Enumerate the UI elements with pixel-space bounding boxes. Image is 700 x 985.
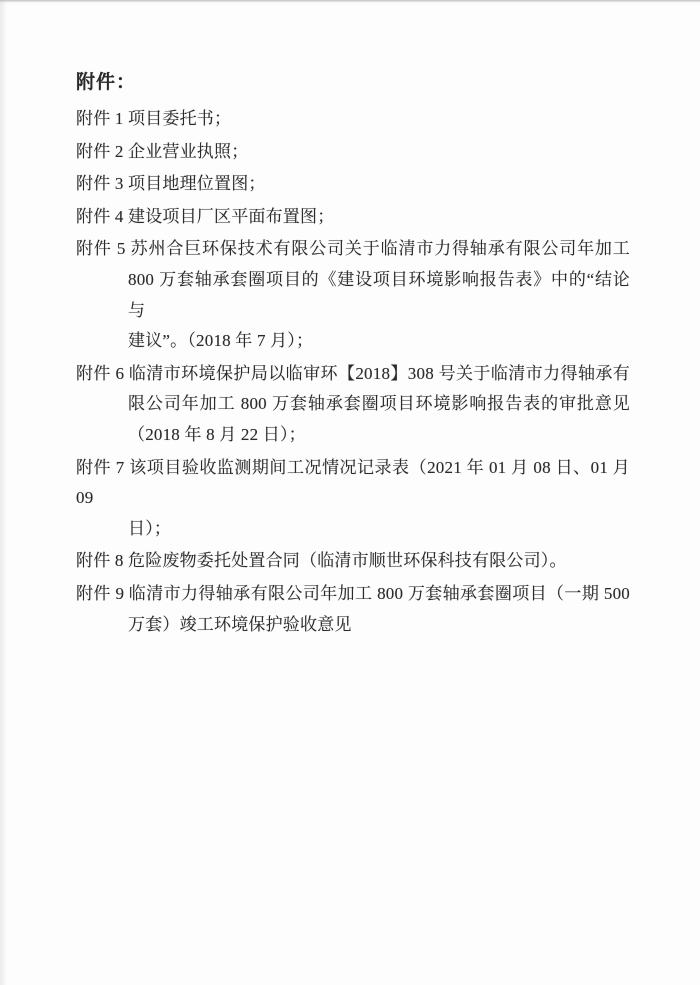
attachment-item-7: 附件 7 该项目验收监测期间工况情况记录表（2021 年 01 月 08 日、0… bbox=[76, 453, 630, 545]
attachment-line: 附件 6 临清市环境保护局以临审环【2018】308 号关于临清市力得轴承有 bbox=[76, 359, 630, 390]
attachment-line: 日）； bbox=[76, 514, 630, 545]
attachment-line: 万套）竣工环境保护验收意见 bbox=[76, 610, 630, 641]
attachment-line: 建议”。（2018 年 7 月）； bbox=[76, 326, 630, 357]
attachment-line: 附件 8 危险废物委托处置合同（临清市顺世环保科技有限公司）。 bbox=[76, 546, 630, 577]
document-page: { "colors": { "paper": "#fdfdfd", "ink":… bbox=[0, 0, 700, 985]
page-title: 附件： bbox=[76, 70, 630, 96]
attachment-item-5: 附件 5 苏州合巨环保技术有限公司关于临清市力得轴承有限公司年加工 800 万套… bbox=[76, 234, 630, 356]
attachment-line: 限公司年加工 800 万套轴承套圈项目环境影响报告表的审批意见 bbox=[76, 389, 630, 420]
attachment-line: 附件 9 临清市力得轴承有限公司年加工 800 万套轴承套圈项目（一期 500 bbox=[76, 579, 630, 610]
attachment-item-8: 附件 8 危险废物委托处置合同（临清市顺世环保科技有限公司）。 bbox=[76, 546, 630, 577]
attachment-line: 附件 2 企业营业执照； bbox=[76, 137, 630, 168]
attachment-item-2: 附件 2 企业营业执照； bbox=[76, 137, 630, 168]
attachment-line: 附件 1 项目委托书； bbox=[76, 104, 630, 135]
attachment-item-3: 附件 3 项目地理位置图； bbox=[76, 169, 630, 200]
attachment-item-9: 附件 9 临清市力得轴承有限公司年加工 800 万套轴承套圈项目（一期 500 … bbox=[76, 579, 630, 640]
attachment-item-1: 附件 1 项目委托书； bbox=[76, 104, 630, 135]
attachment-line: （2018 年 8 月 22 日）； bbox=[76, 420, 630, 451]
attachment-line: 附件 7 该项目验收监测期间工况情况记录表（2021 年 01 月 08 日、0… bbox=[76, 453, 630, 514]
attachment-line: 附件 4 建设项目厂区平面布置图； bbox=[76, 202, 630, 233]
scan-edge-left bbox=[0, 0, 7, 985]
scan-edge-top bbox=[0, 0, 700, 4]
attachments-page: 附件： 附件 1 项目委托书； 附件 2 企业营业执照； 附件 3 项目地理位置… bbox=[76, 70, 630, 642]
attachment-line: 附件 5 苏州合巨环保技术有限公司关于临清市力得轴承有限公司年加工 bbox=[76, 234, 630, 265]
attachment-line: 800 万套轴承套圈项目的《建设项目环境影响报告表》中的“结论与 bbox=[76, 265, 630, 326]
attachment-item-6: 附件 6 临清市环境保护局以临审环【2018】308 号关于临清市力得轴承有 限… bbox=[76, 359, 630, 451]
attachment-item-4: 附件 4 建设项目厂区平面布置图； bbox=[76, 202, 630, 233]
attachment-line: 附件 3 项目地理位置图； bbox=[76, 169, 630, 200]
